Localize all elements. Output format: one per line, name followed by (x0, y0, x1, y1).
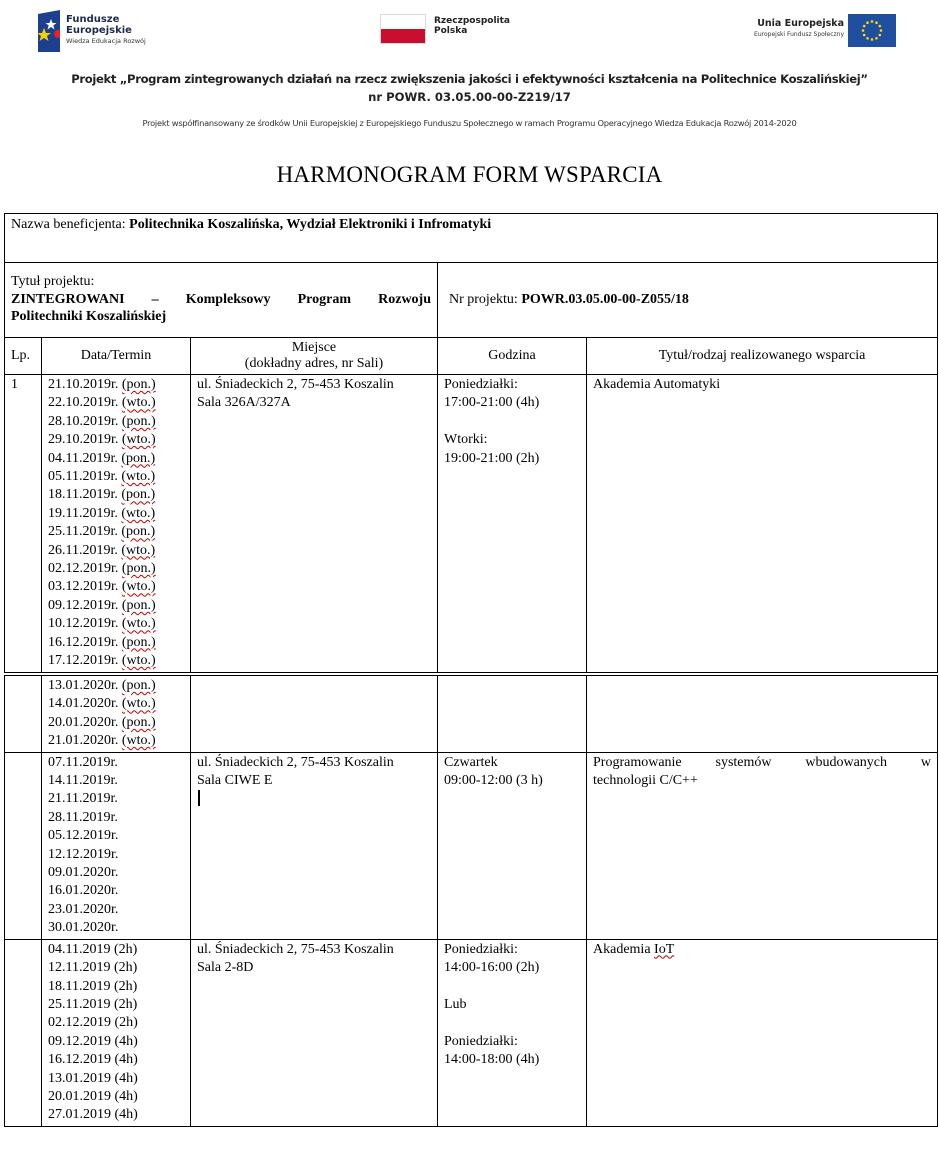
text-cursor (198, 790, 200, 806)
cell-line: 14:00-16:00 (2h) (444, 959, 580, 977)
table-row: 04.11.2019 (2h)12.11.2019 (2h)18.11.2019… (5, 939, 938, 1126)
cell-line: 17:00-21:00 (4h) (444, 394, 580, 412)
project-number-label: Nr projektu: (449, 292, 521, 307)
date-entry: 27.01.2019 (4h) (48, 1106, 184, 1124)
weekday-abbrev: (wto.) (121, 469, 155, 484)
fundusze-line3: Wiedza Edukacja Rozwój (66, 36, 146, 46)
weekday-abbrev: (wto.) (121, 506, 155, 521)
row-dates: 13.01.2020r. (pon.)14.01.2020r. (wto.)20… (42, 676, 191, 753)
date-entry: 02.12.2019 (2h) (48, 1014, 184, 1032)
row-place (191, 676, 438, 753)
row-place: ul. Śniadeckich 2, 75-453 KoszalinSala 2… (191, 939, 438, 1126)
topic-line2: technologii C/C++ (593, 772, 931, 790)
date-entry: 09.12.2019 (4h) (48, 1033, 184, 1051)
beneficiary-row: Nazwa beneficjenta: Politechnika Koszali… (5, 214, 938, 263)
weekday-abbrev: (pon.) (121, 524, 155, 539)
table-row: 13.01.2020r. (pon.)14.01.2020r. (wto.)20… (5, 676, 938, 753)
weekday-abbrev: (pon.) (122, 715, 156, 730)
weekday-abbrev: (wto.) (121, 543, 155, 558)
fundusze-europejskie-flag-icon (38, 10, 60, 52)
header-place-line2: (dokładny adres, nr Sali) (195, 356, 433, 373)
row-topic: Akademia IoT (587, 939, 938, 1126)
date-entry: 28.11.2019r. (48, 809, 184, 827)
date-entry: 09.01.2020r. (48, 864, 184, 882)
date-entry: 18.11.2019r. (pon.) (48, 486, 184, 504)
row-topic: Programowanie systemów wbudowanych w tec… (587, 752, 938, 939)
row-lp (5, 752, 42, 939)
rzeczpospolita-line2: Polska (434, 26, 510, 36)
date-entry: 02.12.2019r. (pon.) (48, 560, 184, 578)
weekday-abbrev: (pon.) (121, 487, 155, 502)
row-dates: 04.11.2019 (2h)12.11.2019 (2h)18.11.2019… (42, 939, 191, 1126)
project-title-value-line2: Politechniki Koszalińskiej (11, 308, 431, 326)
row-topic: Akademia Automatyki (587, 375, 938, 673)
row-place[interactable]: ul. Śniadeckich 2, 75-453 KoszalinSala C… (191, 752, 438, 939)
date-entry: 25.11.2019r. (pon.) (48, 523, 184, 541)
weekday-abbrev: (pon.) (122, 678, 156, 693)
date-entry: 20.01.2020r. (pon.) (48, 714, 184, 732)
table-row: 07.11.2019r.14.11.2019r.21.11.2019r.28.1… (5, 752, 938, 939)
date-entry: 21.10.2019r. (pon.) (48, 376, 184, 394)
rzeczpospolita-polska-logo: Rzeczpospolita Polska (380, 14, 510, 46)
cofinancing-note: Projekt współfinansowany ze środków Unii… (0, 118, 939, 128)
date-entry: 17.12.2019r. (wto.) (48, 652, 184, 670)
date-entry: 16.12.2019r. (pon.) (48, 634, 184, 652)
unia-line2: Europejski Fundusz Społeczny (754, 30, 844, 39)
project-info-row: Tytuł projektu: ZINTEGROWANI – Komplekso… (5, 263, 938, 338)
row-topic (587, 676, 938, 753)
blank-line (444, 413, 580, 431)
beneficiary-value: Politechnika Koszalińska, Wydział Elektr… (129, 217, 491, 232)
weekday-abbrev: (pon.) (121, 451, 155, 466)
header-topic: Tytuł/rodzaj realizowanego wsparcia (587, 338, 938, 375)
unia-europejska-logo: Unia Europejska Europejski Fundusz Społe… (730, 14, 900, 50)
fundusze-europejskie-logo: Fundusze Europejskie Wiedza Edukacja Roz… (38, 10, 168, 54)
header-date: Data/Termin (42, 338, 191, 375)
beneficiary-label: Nazwa beneficjenta: (11, 217, 129, 232)
topic-line1: Programowanie systemów wbudowanych w (593, 754, 931, 772)
cell-line: 19:00-21:00 (2h) (444, 450, 580, 468)
date-entry: 22.10.2019r. (wto.) (48, 394, 184, 412)
row-time (438, 676, 587, 753)
blank-line (444, 978, 580, 996)
schedule-table-part2: 13.01.2020r. (pon.)14.01.2020r. (wto.)20… (4, 675, 938, 1127)
date-entry: 04.11.2019r. (pon.) (48, 450, 184, 468)
header-lp: Lp. (5, 338, 42, 375)
row-lp: 1 (5, 375, 42, 673)
date-entry: 12.12.2019r. (48, 846, 184, 864)
weekday-abbrev: (pon.) (122, 377, 156, 392)
date-entry: 23.01.2020r. (48, 901, 184, 919)
weekday-abbrev: (pon.) (122, 561, 156, 576)
weekday-abbrev: (wto.) (122, 395, 156, 410)
weekday-abbrev: (wto.) (122, 616, 156, 631)
date-entry: 10.12.2019r. (wto.) (48, 615, 184, 633)
weekday-abbrev: (wto.) (122, 733, 156, 748)
cell-line: Poniedziałki: (444, 941, 580, 959)
date-entry: 05.12.2019r. (48, 827, 184, 845)
rzeczpospolita-line1: Rzeczpospolita (434, 16, 510, 26)
header-time: Godzina (438, 338, 587, 375)
eu-flag-icon (848, 14, 896, 47)
date-entry: 19.11.2019r. (wto.) (48, 505, 184, 523)
row-time: Poniedziałki:17:00-21:00 (4h)Wtorki:19:0… (438, 375, 587, 673)
cell-line: 14:00-18:00 (4h) (444, 1051, 580, 1069)
cell-line: Wtorki: (444, 431, 580, 449)
project-number-cell: Nr projektu: POWR.03.05.00-00-Z055/18 (438, 263, 938, 338)
weekday-abbrev: (wto.) (122, 653, 156, 668)
row-dates: 07.11.2019r.14.11.2019r.21.11.2019r.28.1… (42, 752, 191, 939)
header-place-line1: Miejsce (195, 340, 433, 357)
cell-line: ul. Śniadeckich 2, 75-453 Koszalin (197, 376, 431, 394)
project-number-value: POWR.03.05.00-00-Z055/18 (521, 292, 689, 307)
date-entry: 18.11.2019 (2h) (48, 978, 184, 996)
project-title-label: Tytuł projektu: (11, 273, 431, 291)
row-lp (5, 939, 42, 1126)
date-entry: 12.11.2019 (2h) (48, 959, 184, 977)
date-entry: 13.01.2020r. (pon.) (48, 677, 184, 695)
weekday-abbrev: (pon.) (122, 414, 156, 429)
weekday-abbrev: (pon.) (122, 598, 156, 613)
date-entry: 20.01.2019 (4h) (48, 1088, 184, 1106)
date-entry: 16.01.2020r. (48, 882, 184, 900)
cell-line: Sala CIWE E (197, 772, 431, 806)
blank-line (444, 1014, 580, 1032)
date-entry: 09.12.2019r. (pon.) (48, 597, 184, 615)
date-entry: 16.12.2019 (4h) (48, 1051, 184, 1069)
project-title-line2: nr POWR. 03.05.00-00-Z219/17 (0, 90, 939, 104)
weekday-abbrev: (wto.) (122, 579, 156, 594)
weekday-abbrev: (pon.) (122, 635, 156, 650)
fundusze-line1: Fundusze (66, 14, 146, 25)
row-dates: 21.10.2019r. (pon.)22.10.2019r. (wto.)28… (42, 375, 191, 673)
cell-line: Lub (444, 996, 580, 1014)
cell-line: Sala 326A/327A (197, 394, 431, 412)
fundusze-line2: Europejskie (66, 25, 146, 36)
project-title-cell: Tytuł projektu: ZINTEGROWANI – Komplekso… (5, 263, 438, 338)
beneficiary-cell: Nazwa beneficjenta: Politechnika Koszali… (5, 214, 938, 263)
row-time: Poniedziałki:14:00-16:00 (2h)LubPoniedzi… (438, 939, 587, 1126)
document-title: HARMONOGRAM FORM WSPARCIA (0, 162, 939, 188)
polish-flag-icon (380, 14, 426, 44)
weekday-abbrev: (wto.) (122, 432, 156, 447)
topic-prefix: Akademia (593, 942, 654, 957)
date-entry: 14.11.2019r. (48, 772, 184, 790)
date-entry: 13.01.2019 (4h) (48, 1070, 184, 1088)
date-entry: 04.11.2019 (2h) (48, 941, 184, 959)
project-title-line1: Projekt „Program zintegrowanych działań … (0, 72, 939, 86)
date-entry: 14.01.2020r. (wto.) (48, 695, 184, 713)
cell-line: ul. Śniadeckich 2, 75-453 Koszalin (197, 754, 431, 772)
cell-line: Poniedziałki: (444, 1033, 580, 1051)
date-entry: 29.10.2019r. (wto.) (48, 431, 184, 449)
topic-spellcheck-word: IoT (654, 942, 674, 957)
header-place: Miejsce (dokładny adres, nr Sali) (191, 338, 438, 375)
table-header-row: Lp. Data/Termin Miejsce (dokładny adres,… (5, 338, 938, 375)
date-entry: 03.12.2019r. (wto.) (48, 578, 184, 596)
date-entry: 21.11.2019r. (48, 790, 184, 808)
project-title-value-line1: ZINTEGROWANI – Kompleksowy Program Rozwo… (11, 291, 431, 309)
row-time: Czwartek09:00-12:00 (3 h) (438, 752, 587, 939)
cell-line: Sala 2-8D (197, 959, 431, 977)
cell-line: Czwartek (444, 754, 580, 772)
cell-line: ul. Śniadeckich 2, 75-453 Koszalin (197, 941, 431, 959)
weekday-abbrev: (wto.) (122, 696, 156, 711)
schedule-table-part1: Nazwa beneficjenta: Politechnika Koszali… (4, 213, 938, 673)
date-entry: 30.01.2020r. (48, 919, 184, 937)
cell-line: Poniedziałki: (444, 376, 580, 394)
cell-line: 09:00-12:00 (3 h) (444, 772, 580, 790)
table-row: 1 21.10.2019r. (pon.)22.10.2019r. (wto.)… (5, 375, 938, 673)
date-entry: 28.10.2019r. (pon.) (48, 413, 184, 431)
row-lp (5, 676, 42, 753)
date-entry: 26.11.2019r. (wto.) (48, 542, 184, 560)
row-place: ul. Śniadeckich 2, 75-453 KoszalinSala 3… (191, 375, 438, 673)
unia-line1: Unia Europejska (754, 18, 844, 30)
date-entry: 07.11.2019r. (48, 754, 184, 772)
date-entry: 25.11.2019 (2h) (48, 996, 184, 1014)
date-entry: 05.11.2019r. (wto.) (48, 468, 184, 486)
date-entry: 21.01.2020r. (wto.) (48, 732, 184, 750)
